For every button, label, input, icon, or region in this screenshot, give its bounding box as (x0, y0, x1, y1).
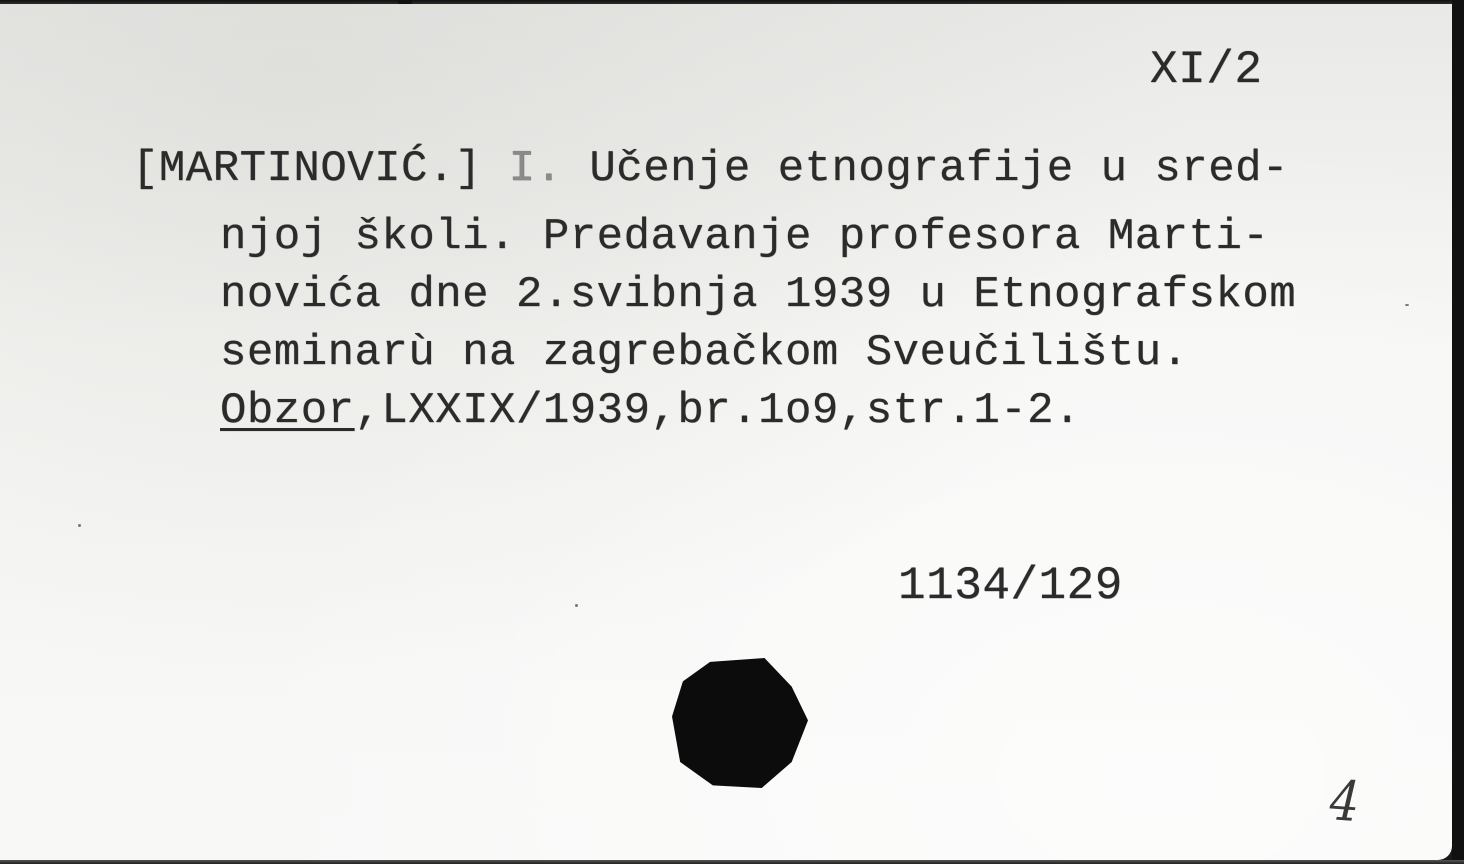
handwritten-mark: 4 (1328, 768, 1362, 835)
paper-speck (1405, 304, 1409, 306)
paper-speck (78, 524, 81, 527)
card-bottom-edge (0, 860, 1464, 864)
entry-line-5: Obzor,LXXIX/1939,br.1o9,str.1-2. (220, 382, 1081, 440)
entry-line-3: novića dne 2.svibnja 1939 u Etnografskom (220, 266, 1296, 324)
entry-line-4: seminarù na zagrebačkom Sveučilištu. (220, 324, 1189, 382)
card-right-edge (1452, 0, 1464, 864)
catalog-card: XI/2 [MARTINOVIĆ.] I. Učenje etnografije… (0, 4, 1452, 860)
source-citation: ,LXXIX/1939,br.1o9,str.1-2. (355, 386, 1081, 436)
entry-line-1: [MARTINOVIĆ.] I. Učenje etnografije u sr… (132, 140, 1289, 198)
source-publication: Obzor (220, 386, 355, 436)
entry-title-start: Učenje etnografije u sred- (589, 144, 1289, 194)
entry-line-2: njoj školi. Predavanje profesora Marti- (220, 208, 1269, 266)
punch-hole (672, 658, 808, 788)
paper-speck (575, 604, 578, 607)
author-name: [MARTINOVIĆ.] (132, 144, 482, 194)
accession-number: 1134/129 (898, 560, 1123, 612)
author-initial: I. (509, 144, 563, 194)
shelfmark: XI/2 (1150, 44, 1262, 96)
